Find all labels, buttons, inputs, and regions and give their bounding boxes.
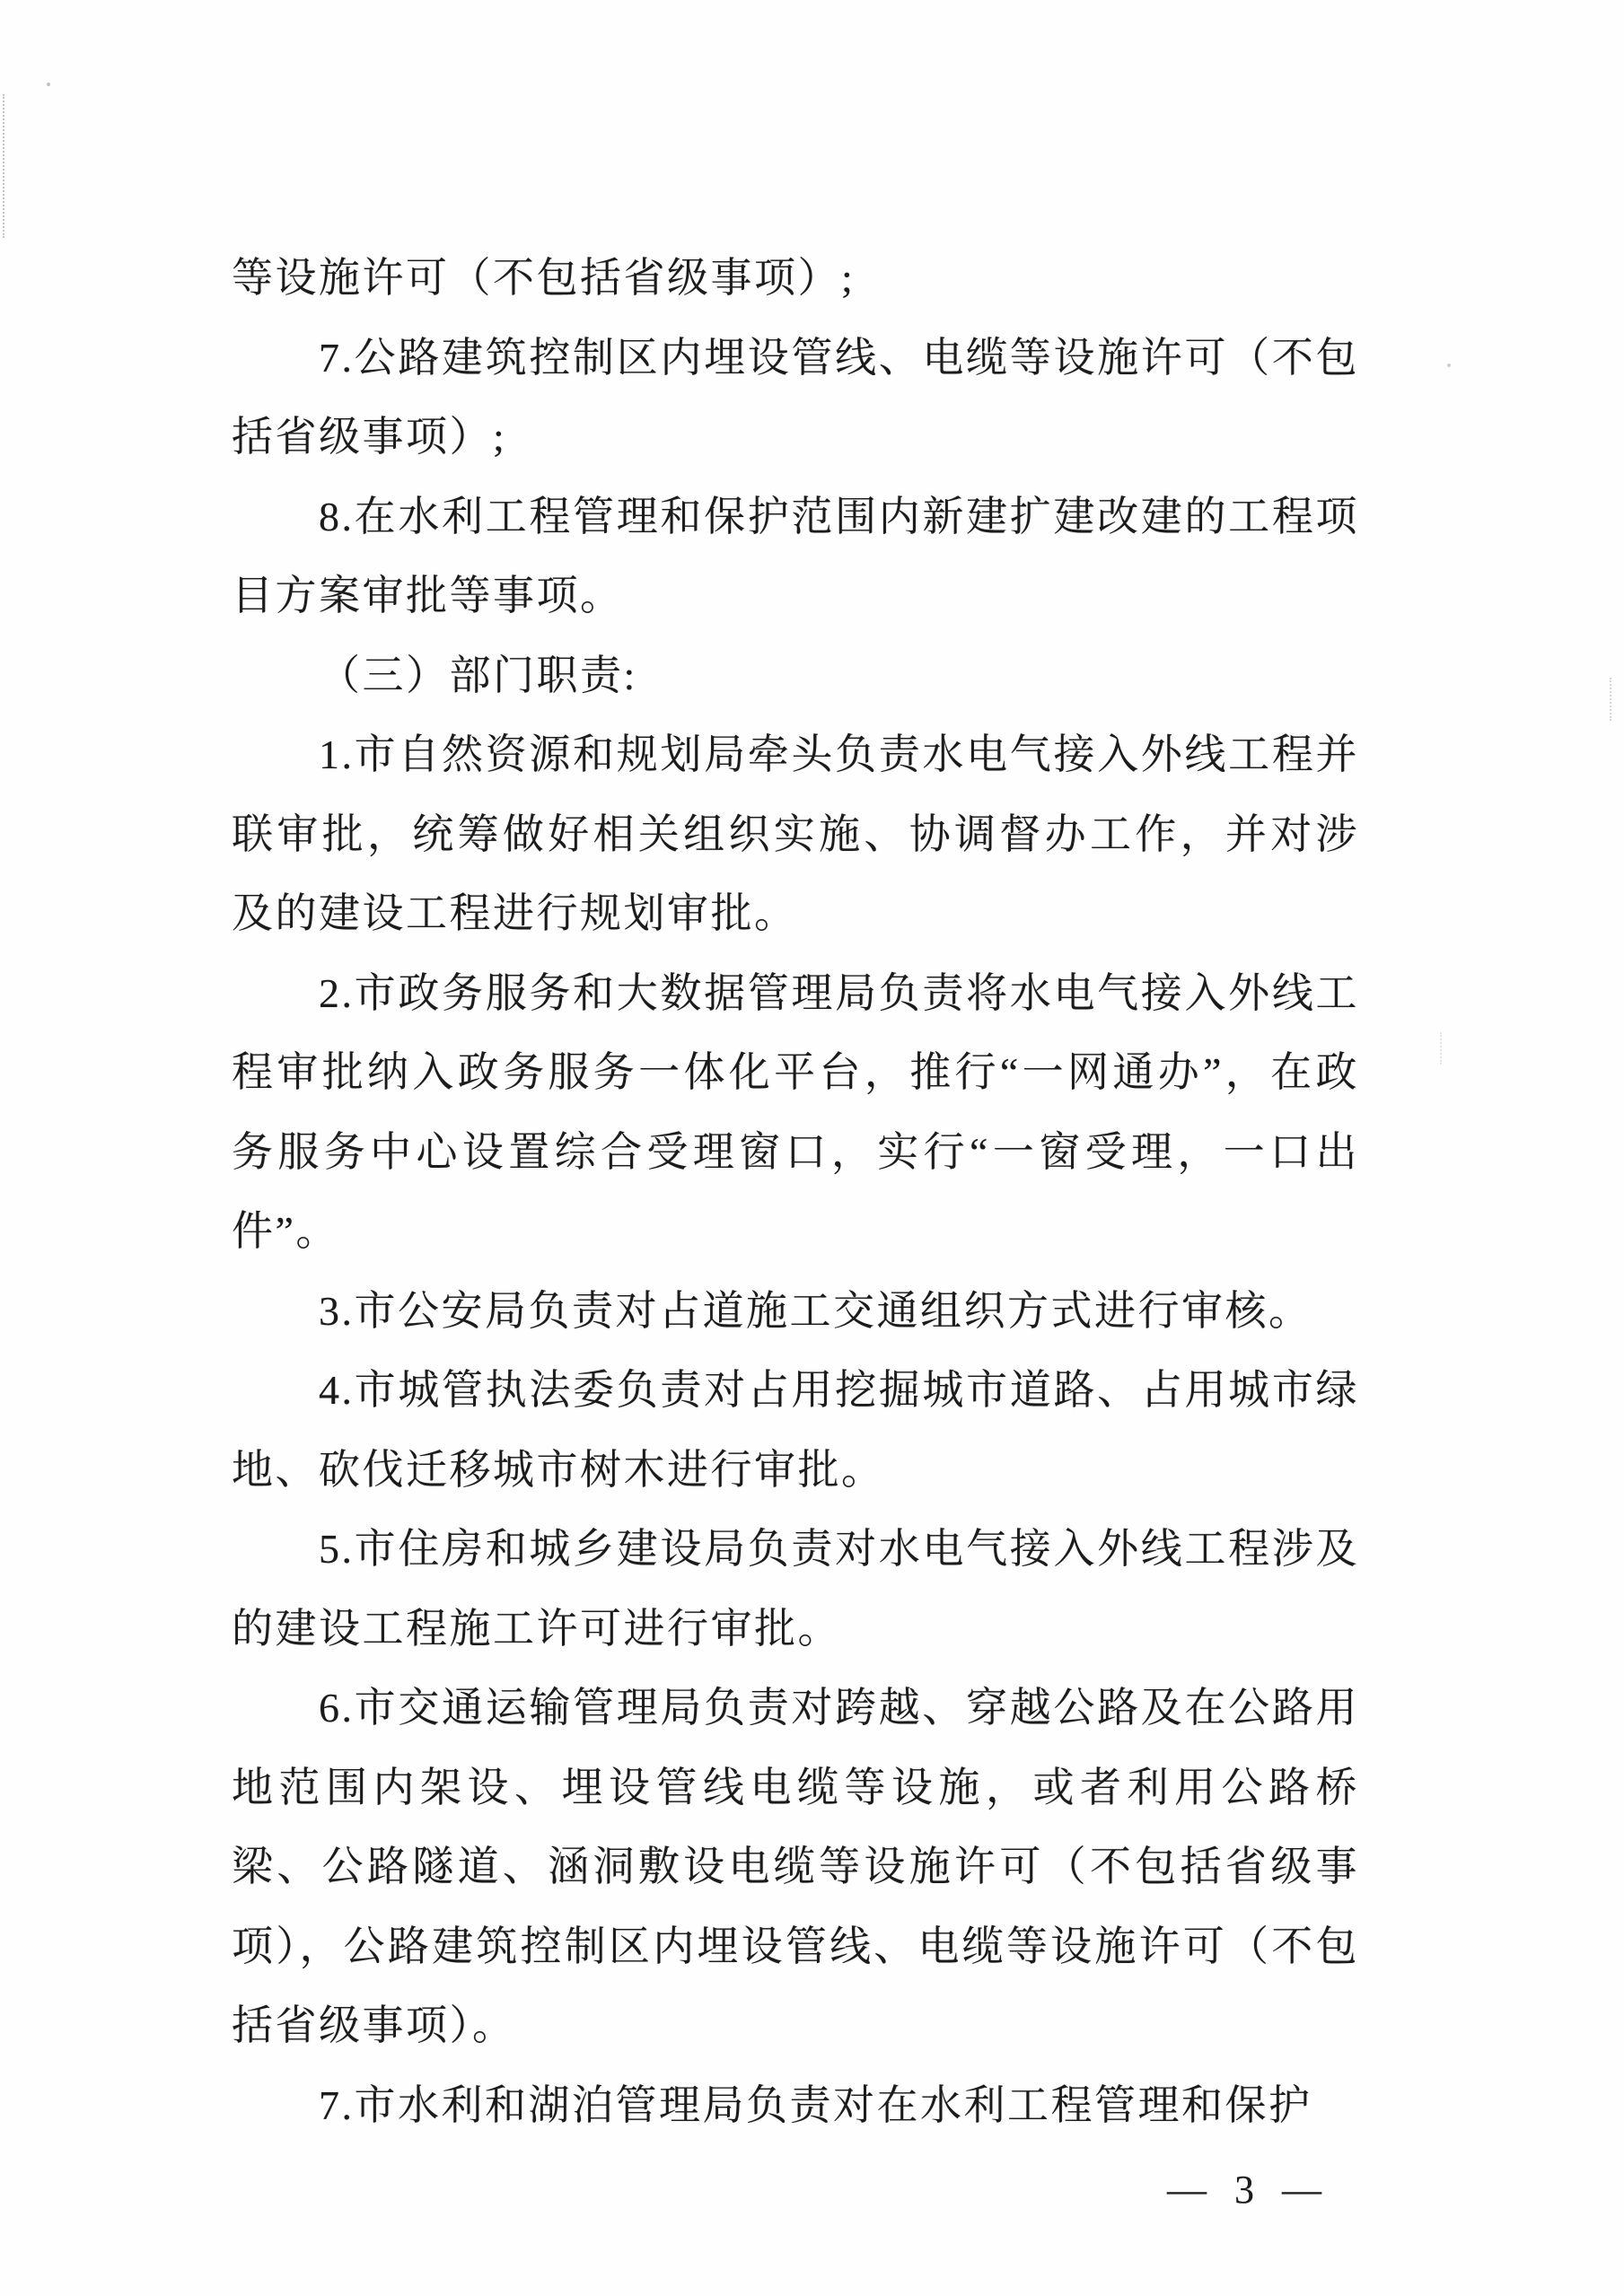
document-body: 等设施许可（不包括省级事项）; 7.公路建筑控制区内埋设管线、电缆等设施许可（不…: [232, 239, 1359, 2145]
scan-artifact-speck: [1447, 364, 1451, 367]
paragraph-duty-6-transport-management-bureau: 6.市交通运输管理局负责对跨越、穿越公路及在公路用地范围内架设、埋设管线电缆等设…: [232, 1669, 1359, 2066]
scan-artifact-right-margin: [1440, 1032, 1442, 1065]
section-heading-department-duties: （三）部门职责:: [232, 636, 1359, 716]
scan-artifact-left-edge: [3, 94, 4, 238]
paragraph-duty-3-public-security-bureau: 3.市公安局负责对占道施工交通组织方式进行审核。: [232, 1272, 1359, 1352]
paragraph-duty-4-urban-management-committee: 4.市城管执法委负责对占用挖掘城市道路、占用城市绿地、砍伐迁移城市树木进行审批。: [232, 1351, 1359, 1510]
paragraph-duty-5-housing-construction-bureau: 5.市住房和城乡建设局负责对水电气接入外线工程涉及的建设工程施工许可进行审批。: [232, 1510, 1359, 1669]
paragraph-item-8-water-project-scope: 8.在水利工程管理和保护范围内新建扩建改建的工程项目方案审批等事项。: [232, 478, 1359, 636]
paragraph-duty-2-government-services-bureau: 2.市政务服务和大数据管理局负责将水电气接入外线工程审批纳入政务服务一体化平台，…: [232, 954, 1359, 1272]
paragraph-item-7-highway-control-zone: 7.公路建筑控制区内埋设管线、电缆等设施许可（不包括省级事项）;: [232, 319, 1359, 478]
scan-artifact-right-edge: [1610, 678, 1611, 721]
scan-artifact-speck: [47, 83, 50, 86]
paragraph-continuation-facility-permit: 等设施许可（不包括省级事项）;: [232, 239, 1359, 319]
scanned-document-page: 等设施许可（不包括省级事项）; 7.公路建筑控制区内埋设管线、电缆等设施许可（不…: [0, 0, 1624, 2296]
paragraph-duty-1-natural-resources-bureau: 1.市自然资源和规划局牵头负责水电气接入外线工程并联审批，统筹做好相关组织实施、…: [232, 715, 1359, 954]
page-number: — 3 —: [1167, 2167, 1330, 2213]
paragraph-duty-7-water-lakes-bureau: 7.市水利和湖泊管理局负责对在水利工程管理和保护: [232, 2066, 1359, 2146]
